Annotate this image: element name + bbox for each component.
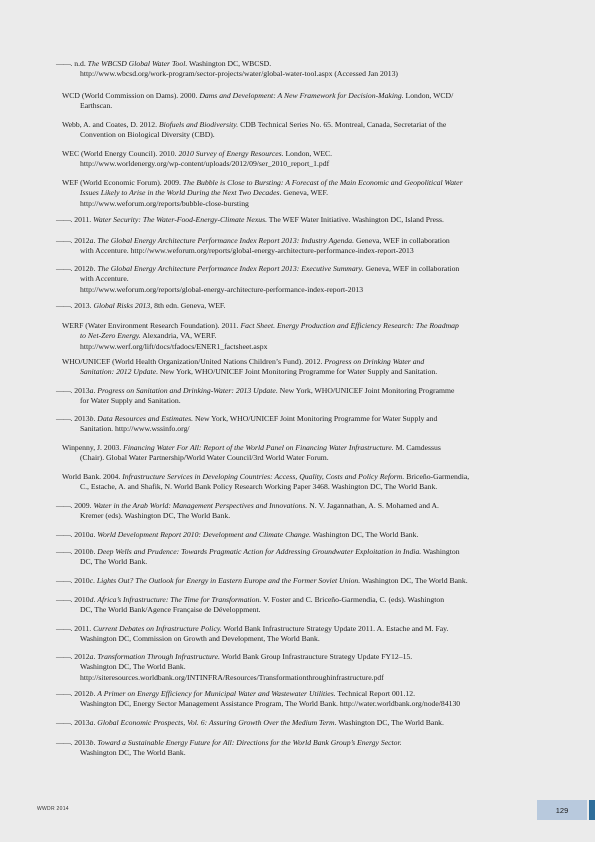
reference-text: Convention on Biological Diversity (CBD)… — [80, 130, 215, 139]
repeat-author-dash: —— — [56, 301, 70, 310]
reference-text: World Bank Infrastructure Strategy Updat… — [222, 624, 449, 633]
reference-entry: ——. 2011. Current Debates on Infrastruct… — [80, 624, 540, 645]
reference-line: Webb, A. and Coates, D. 2012. Biofuels a… — [62, 120, 540, 130]
repeat-author-dash: —— — [56, 547, 70, 556]
reference-text: . Washington DC, The World Bank. — [335, 718, 444, 727]
reference-text: C., Estache, A. and Shafik, N. World Ban… — [80, 482, 437, 491]
reference-entry: ——. 2009. Water in the Arab World: Manag… — [80, 501, 540, 522]
reference-line: World Bank. 2004. Infrastructure Service… — [62, 472, 540, 482]
reference-text: World Bank. 2004. — [62, 472, 122, 481]
reference-text: http://www.worldenergy.org/wp-content/up… — [80, 159, 329, 168]
reference-line: for Water Supply and Sanitation. — [80, 396, 540, 406]
reference-line: Sanitation: 2012 Update. New York, WHO/U… — [80, 367, 540, 377]
reference-line: Earthscan. — [80, 101, 540, 111]
reference-text: DC, The World Bank. — [80, 557, 147, 566]
reference-text: . 2012 — [70, 264, 89, 273]
reference-text: . 2010 — [70, 530, 89, 539]
reference-title-text: Infrastructure Services in Developing Co… — [122, 472, 404, 481]
reference-title-text: The Global Energy Architecture Performan… — [97, 264, 363, 273]
reference-text: Washington DC, The World Bank. — [80, 748, 186, 757]
reference-text: http://www.weforum.org/reports/bubble-cl… — [80, 199, 249, 208]
reference-line: ——. 2011. Water Security: The Water-Food… — [56, 215, 540, 225]
repeat-author-dash: —— — [56, 595, 70, 604]
reference-title-text: World Development Report 2010: Developme… — [97, 530, 311, 539]
reference-line: Washington DC, The World Bank. — [80, 748, 540, 758]
repeat-author-dash: —— — [56, 414, 70, 423]
reference-text: CDB Technical Series No. 65. Montreal, C… — [238, 120, 446, 129]
reference-text: London, WEC. — [284, 149, 333, 158]
reference-text: . 2012 — [70, 652, 89, 661]
reference-title-text: Deep Wells and Prudence: Towards Pragmat… — [97, 547, 421, 556]
reference-line: ——. 2013b. Toward a Sustainable Energy F… — [56, 738, 540, 748]
reference-line: ——. 2011. Current Debates on Infrastruct… — [56, 624, 540, 634]
repeat-author-dash: —— — [56, 501, 70, 510]
reference-line: WEF (World Economic Forum). 2009. The Bu… — [62, 178, 540, 188]
reference-title-text: Global Economic Prospects, Vol. 6: Assur… — [97, 718, 334, 727]
reference-text: (Chair). Global Water Partnership/World … — [80, 453, 329, 462]
reference-line: WEC (World Energy Council). 2010. 2010 S… — [62, 149, 540, 159]
page-number: 129 — [556, 806, 569, 815]
reference-text: DC, The World Bank/Agence Française de D… — [80, 605, 261, 614]
reference-title-text: to Net-Zero Energy. — [80, 331, 141, 340]
reference-line: Winpenny, J. 2003. Financing Water For A… — [62, 443, 540, 453]
reference-text: Washington DC, The World Bank. — [360, 576, 467, 585]
reference-title-text: Data Resources and Estimates. — [97, 414, 193, 423]
reference-entry: WERF (Water Environment Research Foundat… — [80, 321, 540, 352]
reference-text: . 2010 — [70, 576, 89, 585]
reference-title-text: Toward a Sustainable Energy Future for A… — [97, 738, 401, 747]
reference-text: WERF (Water Environment Research Foundat… — [62, 321, 240, 330]
reference-line: ——. 2012b. A Primer on Energy Efficiency… — [56, 689, 540, 699]
reference-line: C., Estache, A. and Shafik, N. World Ban… — [80, 482, 540, 492]
repeat-author-dash: —— — [56, 264, 70, 273]
reference-title-text: Dams and Development: A New Framework fo… — [199, 91, 403, 100]
reference-text: Winpenny, J. 2003. — [62, 443, 123, 452]
reference-title-text: Africa’s Infrastructure: The Time for Tr… — [97, 595, 261, 604]
reference-line: WERF (Water Environment Research Foundat… — [62, 321, 540, 331]
reference-line: http://www.weforum.org/reports/global-en… — [80, 285, 540, 295]
reference-line: Kremer (eds). Washington DC, The World B… — [80, 511, 540, 521]
reference-entry: ——. 2010a. World Development Report 2010… — [80, 530, 540, 540]
reference-entry: WHO/UNICEF (World Health Organization/Un… — [80, 357, 540, 378]
reference-title-text: Progress on Sanitation and Drinking-Wate… — [97, 386, 276, 395]
reference-text: World Bank Group Infrastraucture Strateg… — [220, 652, 412, 661]
reference-entry: Winpenny, J. 2003. Financing Water For A… — [80, 443, 540, 464]
reference-text: http://www.weforum.org/reports/global-en… — [80, 285, 363, 294]
repeat-author-dash: —— — [56, 652, 70, 661]
reference-text: Washington DC, The World Bank. — [311, 530, 418, 539]
repeat-author-dash: —— — [56, 718, 70, 727]
reference-entry: ——. 2013b. Toward a Sustainable Energy F… — [80, 738, 540, 759]
reference-entry: ——. 2012a. Transformation Through Infras… — [80, 652, 540, 683]
reference-entry: ——. 2013a. Global Economic Prospects, Vo… — [80, 718, 540, 728]
reference-title-text: Transformation Through Infrastructure. — [97, 652, 220, 661]
reference-text: WEF (World Economic Forum). 2009. — [62, 178, 183, 187]
reference-title-text: Lights Out? The Outlook for Energy in Ea… — [97, 576, 360, 585]
reference-text: N. V. Jagannathan, A. S. Mohamed and A. — [307, 501, 439, 510]
reference-entry: WEF (World Economic Forum). 2009. The Bu… — [80, 178, 540, 209]
reference-entry: ——. 2010b. Deep Wells and Prudence: Towa… — [80, 547, 540, 568]
reference-line: http://www.werf.org/lift/docs/tfadocs/EN… — [80, 342, 540, 352]
reference-text: with Accenture. — [80, 274, 129, 283]
reference-line: ——. 2010a. World Development Report 2010… — [56, 530, 540, 540]
reference-text: for Water Supply and Sanitation. — [80, 396, 181, 405]
reference-text: . 2012 — [70, 689, 89, 698]
reference-line: with Accenture. — [80, 274, 540, 284]
reference-line: http://www.wbcsd.org/work-program/sector… — [80, 69, 540, 79]
reference-title-text: Current Debates on Infrastructure Policy… — [93, 624, 222, 633]
repeat-author-dash: —— — [56, 386, 70, 395]
reference-text: http://www.wbcsd.org/work-program/sector… — [80, 69, 398, 78]
reference-line: ——. 2010c. Lights Out? The Outlook for E… — [56, 576, 540, 586]
reference-entry: WEC (World Energy Council). 2010. 2010 S… — [80, 149, 540, 170]
reference-line: http://www.weforum.org/reports/bubble-cl… — [80, 199, 540, 209]
reference-title-text: Progress on Drinking Water and — [324, 357, 424, 366]
reference-title-text: Biofuels and Biodiversity. — [159, 120, 238, 129]
reference-entry: ——. 2012a. The Global Energy Architectur… — [80, 236, 540, 257]
reference-text: WHO/UNICEF (World Health Organization/Un… — [62, 357, 324, 366]
reference-line: ——. 2012b. The Global Energy Architectur… — [56, 264, 540, 274]
reference-line: WCD (World Commission on Dams). 2000. Da… — [62, 91, 540, 101]
reference-text: Technical Report 001.12. — [336, 689, 415, 698]
reference-line: ——. 2013a. Progress on Sanitation and Dr… — [56, 386, 540, 396]
reference-line: ——. n.d. The WBCSD Global Water Tool. Wa… — [56, 59, 540, 69]
reference-text: Washington DC, WBCSD. — [187, 59, 271, 68]
reference-text: Briceño-Garmendia, — [404, 472, 469, 481]
reference-title-text: Global Risks 2013 — [93, 301, 150, 310]
reference-line: http://www.worldenergy.org/wp-content/up… — [80, 159, 540, 169]
reference-title-text: The WBCSD Global Water Tool. — [88, 59, 188, 68]
reference-text: Sanitation. http://www.wssinfo.org/ — [80, 424, 190, 433]
reference-text: . 2009. — [70, 501, 93, 510]
reference-text: . 2010 — [70, 595, 89, 604]
reference-line: to Net-Zero Energy. Alexandria, VA, WERF… — [80, 331, 540, 341]
reference-line: ——. 2010d. Africa’s Infrastructure: The … — [56, 595, 540, 605]
reference-line: DC, The World Bank. — [80, 557, 540, 567]
reference-text: Washington DC, Energy Sector Management … — [80, 699, 460, 708]
reference-entry: WCD (World Commission on Dams). 2000. Da… — [80, 91, 540, 112]
reference-line: ——. 2010b. Deep Wells and Prudence: Towa… — [56, 547, 540, 557]
reference-title-text: Issues Likely to Arise in the World Duri… — [80, 188, 280, 197]
reference-text: Geneva, WEF in collaboration — [354, 236, 450, 245]
reference-line: (Chair). Global Water Partnership/World … — [80, 453, 540, 463]
reference-entry: ——. 2013. Global Risks 2013, 8th edn. Ge… — [80, 301, 540, 311]
reference-entry: ——. n.d. The WBCSD Global Water Tool. Wa… — [80, 59, 540, 80]
reference-line: WHO/UNICEF (World Health Organization/Un… — [62, 357, 540, 367]
reference-entry: World Bank. 2004. Infrastructure Service… — [80, 472, 540, 493]
reference-title-text: Fact Sheet. Energy Production and Effici… — [240, 321, 458, 330]
reference-text: . 2011. — [70, 624, 93, 633]
reference-text: Earthscan. — [80, 101, 112, 110]
reference-title-text: Water in the Arab World: Management Pers… — [93, 501, 307, 510]
reference-text: Washington — [421, 547, 459, 556]
reference-entry: Webb, A. and Coates, D. 2012. Biofuels a… — [80, 120, 540, 141]
reference-text: WEC (World Energy Council). 2010. — [62, 149, 178, 158]
reference-line: Issues Likely to Arise in the World Duri… — [80, 188, 540, 198]
reference-line: ——. 2012a. Transformation Through Infras… — [56, 652, 540, 662]
reference-text: . 2013 — [70, 718, 89, 727]
reference-text: WCD (World Commission on Dams). 2000. — [62, 91, 199, 100]
reference-text: . 2011. — [70, 215, 93, 224]
reference-line: Convention on Biological Diversity (CBD)… — [80, 130, 540, 140]
repeat-author-dash: —— — [56, 624, 70, 633]
repeat-author-dash: —— — [56, 576, 70, 585]
reference-entry: ——. 2012b. A Primer on Energy Efficiency… — [80, 689, 540, 710]
page-number-box: 129 — [537, 800, 587, 820]
reference-text: Washington DC, Commission on Growth and … — [80, 634, 320, 643]
reference-title-text: The Global Energy Architecture Performan… — [97, 236, 354, 245]
reference-text: Kremer (eds). Washington DC, The World B… — [80, 511, 230, 520]
reference-text: http://www.werf.org/lift/docs/tfadocs/EN… — [80, 342, 267, 351]
reference-text: V. Foster and C. Briceño-Garmendia, C. (… — [261, 595, 444, 604]
reference-text: . 2013. — [70, 301, 93, 310]
reference-text: Washington DC, The World Bank. — [80, 662, 186, 671]
reference-title-text: Sanitation: 2012 Update — [80, 367, 156, 376]
reference-entry: ——. 2011. Water Security: The Water-Food… — [80, 215, 540, 225]
reference-entry: ——. 2010c. Lights Out? The Outlook for E… — [80, 576, 540, 586]
reference-line: with Accenture. http://www.weforum.org/r… — [80, 246, 540, 256]
reference-title-text: Water Security: The Water-Food-Energy-Cl… — [93, 215, 267, 224]
reference-line: Sanitation. http://www.wssinfo.org/ — [80, 424, 540, 434]
reference-text: . 2013 — [70, 414, 89, 423]
reference-text: . New York, WHO/UNICEF Joint Monitoring … — [156, 367, 437, 376]
reference-text: . 2010 — [70, 547, 89, 556]
repeat-author-dash: —— — [56, 236, 70, 245]
reference-entry: ——. 2010d. Africa’s Infrastructure: The … — [80, 595, 540, 616]
page-edge-tab — [589, 800, 595, 820]
reference-line: http://siteresources.worldbank.org/INTIN… — [80, 673, 540, 683]
reference-text: . 2013 — [70, 386, 89, 395]
reference-line: Washington DC, The World Bank. — [80, 662, 540, 672]
repeat-author-dash: —— — [56, 689, 70, 698]
reference-entry: ——. 2013a. Progress on Sanitation and Dr… — [80, 386, 540, 407]
repeat-author-dash: —— — [56, 738, 70, 747]
reference-line: ——. 2013. Global Risks 2013, 8th edn. Ge… — [56, 301, 540, 311]
reference-title-text: The Bubble is Close to Bursting: A Forec… — [183, 178, 463, 187]
reference-line: Washington DC, Commission on Growth and … — [80, 634, 540, 644]
reference-entry: ——. 2012b. The Global Energy Architectur… — [80, 264, 540, 295]
reference-text: with Accenture. http://www.weforum.org/r… — [80, 246, 414, 255]
reference-text: Alexandria, VA, WERF. — [141, 331, 217, 340]
reference-text: The WEF Water Initiative. Washington DC,… — [267, 215, 444, 224]
repeat-author-dash: —— — [56, 59, 70, 68]
reference-text: . 2012 — [70, 236, 89, 245]
reference-line: Washington DC, Energy Sector Management … — [80, 699, 540, 709]
reference-line: DC, The World Bank/Agence Française de D… — [80, 605, 540, 615]
reference-text: . New York, WHO/UNICEF Joint Monitoring … — [276, 386, 455, 395]
reference-line: ——. 2013b. Data Resources and Estimates.… — [56, 414, 540, 424]
reference-title-text: 2010 Survey of Energy Resources. — [178, 149, 283, 158]
reference-text: London, WCD/ — [404, 91, 454, 100]
repeat-author-dash: —— — [56, 530, 70, 539]
footer-report-label: WWDR 2014 — [37, 806, 69, 812]
reference-entry: ——. 2013b. Data Resources and Estimates.… — [80, 414, 540, 435]
reference-text: . Geneva, WEF. — [280, 188, 329, 197]
reference-text: New York, WHO/UNICEF Joint Monitoring Pr… — [193, 414, 437, 423]
reference-text: Webb, A. and Coates, D. 2012. — [62, 120, 159, 129]
reference-line: ——. 2013a. Global Economic Prospects, Vo… — [56, 718, 540, 728]
reference-text: . 2013 — [70, 738, 89, 747]
repeat-author-dash: —— — [56, 215, 70, 224]
reference-line: ——. 2012a. The Global Energy Architectur… — [56, 236, 540, 246]
reference-text: , 8th edn. Geneva, WEF. — [150, 301, 225, 310]
reference-line: ——. 2009. Water in the Arab World: Manag… — [56, 501, 540, 511]
reference-text: http://siteresources.worldbank.org/INTIN… — [80, 673, 384, 682]
reference-title-text: A Primer on Energy Efficiency for Munici… — [97, 689, 335, 698]
reference-text: M. Camdessus — [394, 443, 441, 452]
reference-title-text: Financing Water For All: Report of the W… — [123, 443, 394, 452]
reference-text: . n.d. — [70, 59, 87, 68]
reference-text: Geneva, WEF in collaboration — [364, 264, 460, 273]
